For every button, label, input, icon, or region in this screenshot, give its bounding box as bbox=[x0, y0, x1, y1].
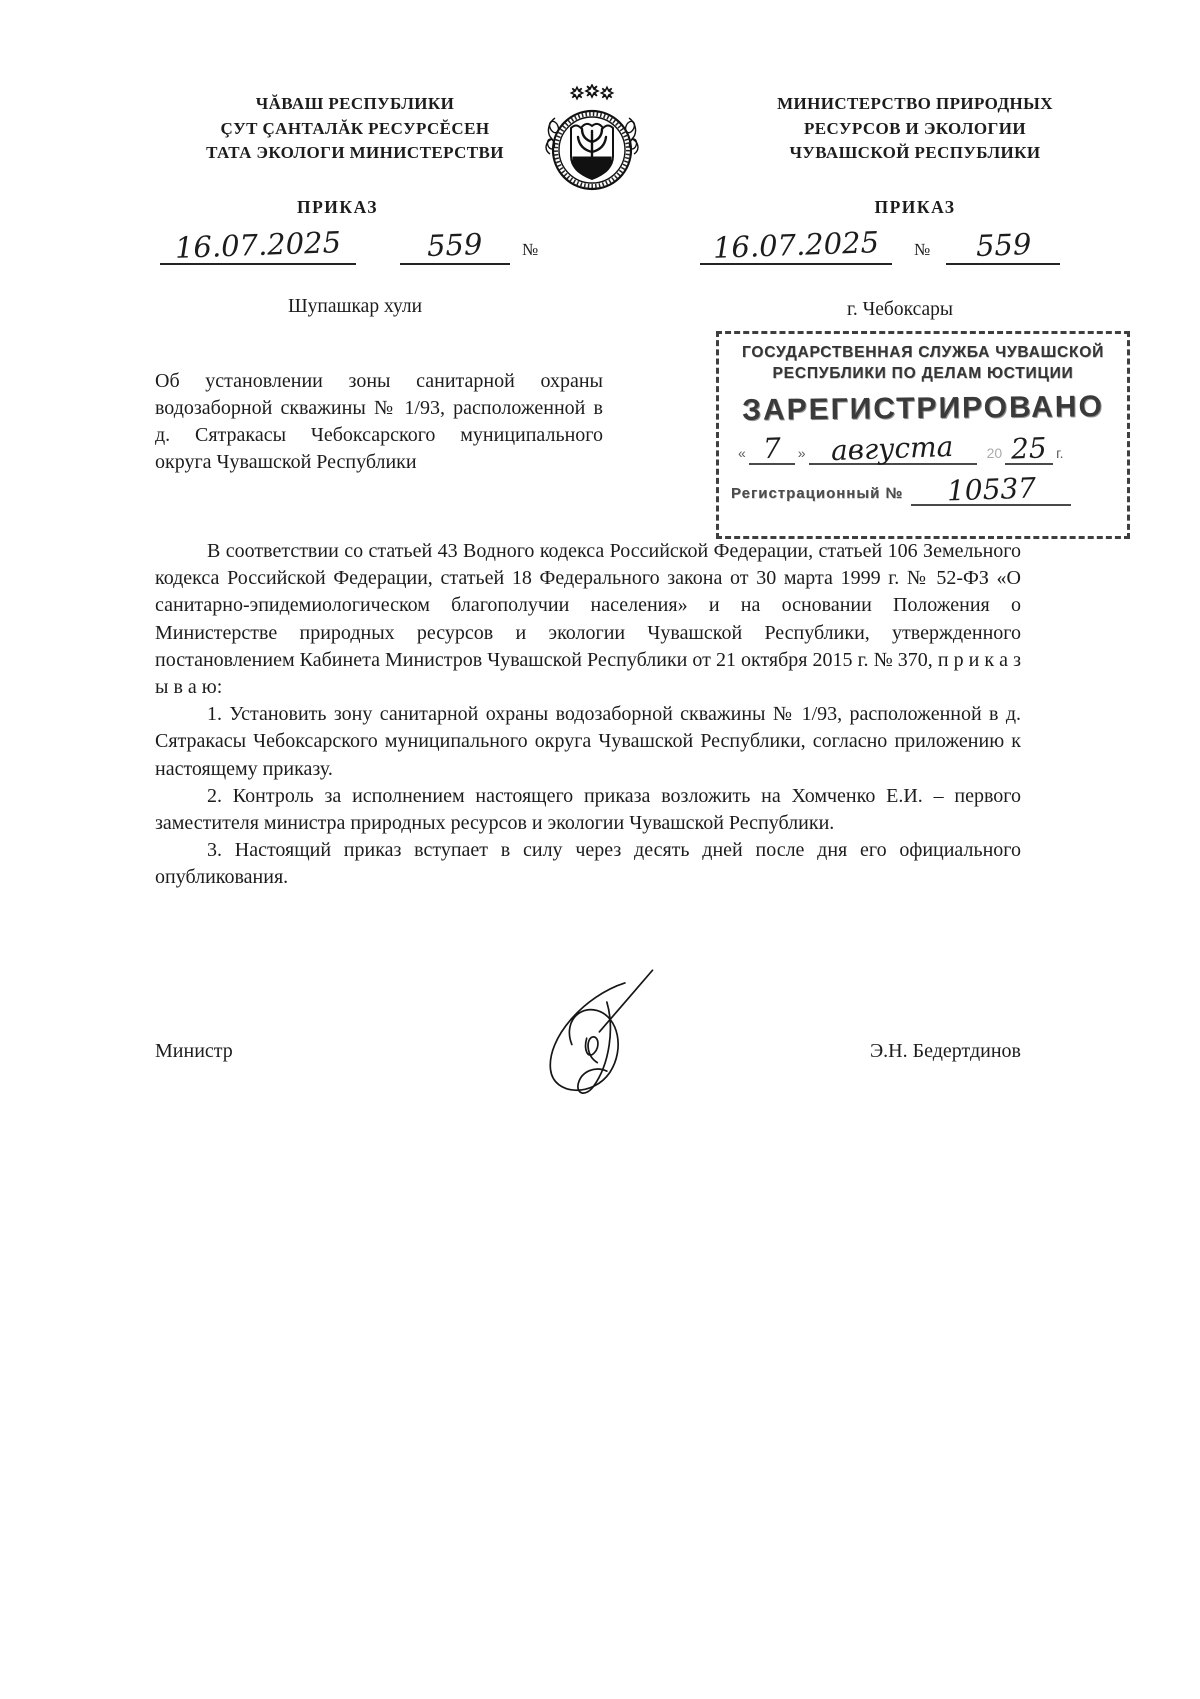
minister-signature-icon bbox=[520, 966, 664, 1104]
org-name-right: МИНИСТЕРСТВО ПРИРОДНЫХ РЕСУРСОВ И ЭКОЛОГ… bbox=[700, 92, 1130, 166]
date-number-row-right: 16.07.2025 № 559 bbox=[700, 230, 1060, 265]
justice-registration-stamp: ГОСУДАРСТВЕННАЯ СЛУЖБА ЧУВАШСКОЙ РЕСПУБЛ… bbox=[716, 331, 1130, 539]
org-name-left-line2: ÇУТ ÇАНТАЛĂК РЕСУРСĔСЕН bbox=[150, 117, 560, 142]
order-title-left: ПРИКАЗ bbox=[130, 197, 545, 218]
stamp-date-row: « 7 » августа 20 25 г. bbox=[727, 436, 1119, 465]
body-paragraph-item1: 1. Установить зону санитарной охраны вод… bbox=[155, 701, 1021, 783]
stamp-handwritten-year: 25 bbox=[1011, 435, 1048, 462]
stamp-month-line: августа bbox=[809, 436, 977, 465]
stamp-year-line: 25 bbox=[1005, 436, 1053, 465]
org-name-left-line1: ЧĂВАШ РЕСПУБЛИКИ bbox=[150, 92, 560, 117]
document-page: ЧĂВАШ РЕСПУБЛИКИ ÇУТ ÇАНТАЛĂК РЕСУРСĔСЕН… bbox=[0, 0, 1200, 1699]
stamp-reg-row: Регистрационный № 10537 bbox=[727, 477, 1119, 506]
stamp-quote-open: « bbox=[735, 444, 749, 465]
signer-title: Министр bbox=[155, 1040, 233, 1063]
date-number-row-left: 16.07.2025 559 № bbox=[160, 230, 538, 265]
place-left: Шупашкар хули bbox=[150, 296, 560, 318]
signature-row: Министр Э.Н. Бедертдинов bbox=[155, 1040, 1021, 1063]
number-sign-right: № bbox=[892, 239, 946, 265]
number-line-right: 559 bbox=[946, 230, 1060, 265]
place-right: г. Чебоксары bbox=[700, 299, 1100, 321]
org-name-left: ЧĂВАШ РЕСПУБЛИКИ ÇУТ ÇАНТАЛĂК РЕСУРСĔСЕН… bbox=[150, 92, 560, 166]
stamp-agency-line2: РЕСПУБЛИКИ ПО ДЕЛАМ ЮСТИЦИИ bbox=[727, 363, 1119, 384]
order-body: В соответствии со статьей 43 Водного код… bbox=[155, 538, 1021, 892]
body-paragraph-item2: 2. Контроль за исполнением настоящего пр… bbox=[155, 783, 1021, 837]
stamp-registered-word: ЗАРЕГИСТРИРОВАНО bbox=[727, 390, 1119, 428]
stamp-year-prefix: 20 bbox=[977, 444, 1006, 465]
handwritten-date-right: 16.07.2025 bbox=[710, 227, 881, 266]
chuvash-emblem-icon bbox=[540, 84, 644, 194]
signer-name: Э.Н. Бедертдинов bbox=[870, 1040, 1021, 1063]
order-title-right: ПРИКАЗ bbox=[700, 197, 1130, 218]
stamp-agency-line1: ГОСУДАРСТВЕННАЯ СЛУЖБА ЧУВАШСКОЙ bbox=[727, 342, 1119, 363]
org-name-right-line1: МИНИСТЕРСТВО ПРИРОДНЫХ bbox=[700, 92, 1130, 117]
stamp-year-suffix: г. bbox=[1053, 444, 1066, 465]
handwritten-number-left: 559 bbox=[425, 229, 485, 264]
number-line-left: 559 bbox=[400, 230, 510, 265]
date-line-left: 16.07.2025 bbox=[160, 230, 356, 265]
stamp-handwritten-reg-number: 10537 bbox=[946, 475, 1036, 504]
stamp-day-line: 7 bbox=[749, 436, 795, 465]
body-paragraph-item3: 3. Настоящий приказ вступает в силу чере… bbox=[155, 837, 1021, 891]
date-line-right: 16.07.2025 bbox=[700, 230, 892, 265]
handwritten-date-left: 16.07.2025 bbox=[172, 227, 343, 266]
number-sign-left: № bbox=[510, 239, 538, 265]
org-name-left-line3: ТАТА ЭКОЛОГИ МИНИСТЕРСТВИ bbox=[150, 141, 560, 166]
body-paragraph-preamble: В соответствии со статьей 43 Водного код… bbox=[155, 538, 1021, 701]
handwritten-number-right: 559 bbox=[973, 229, 1033, 264]
order-subject: Об установлении зоны санитарной охраны в… bbox=[155, 368, 603, 476]
stamp-handwritten-month: августа bbox=[831, 434, 954, 464]
stamp-reg-number-line: 10537 bbox=[911, 477, 1071, 506]
org-name-right-line2: РЕСУРСОВ И ЭКОЛОГИИ bbox=[700, 117, 1130, 142]
stamp-handwritten-day: 7 bbox=[762, 436, 781, 463]
stamp-reg-label: Регистрационный № bbox=[731, 484, 903, 506]
stamp-quote-close: » bbox=[795, 444, 809, 465]
org-name-right-line3: ЧУВАШСКОЙ РЕСПУБЛИКИ bbox=[700, 141, 1130, 166]
